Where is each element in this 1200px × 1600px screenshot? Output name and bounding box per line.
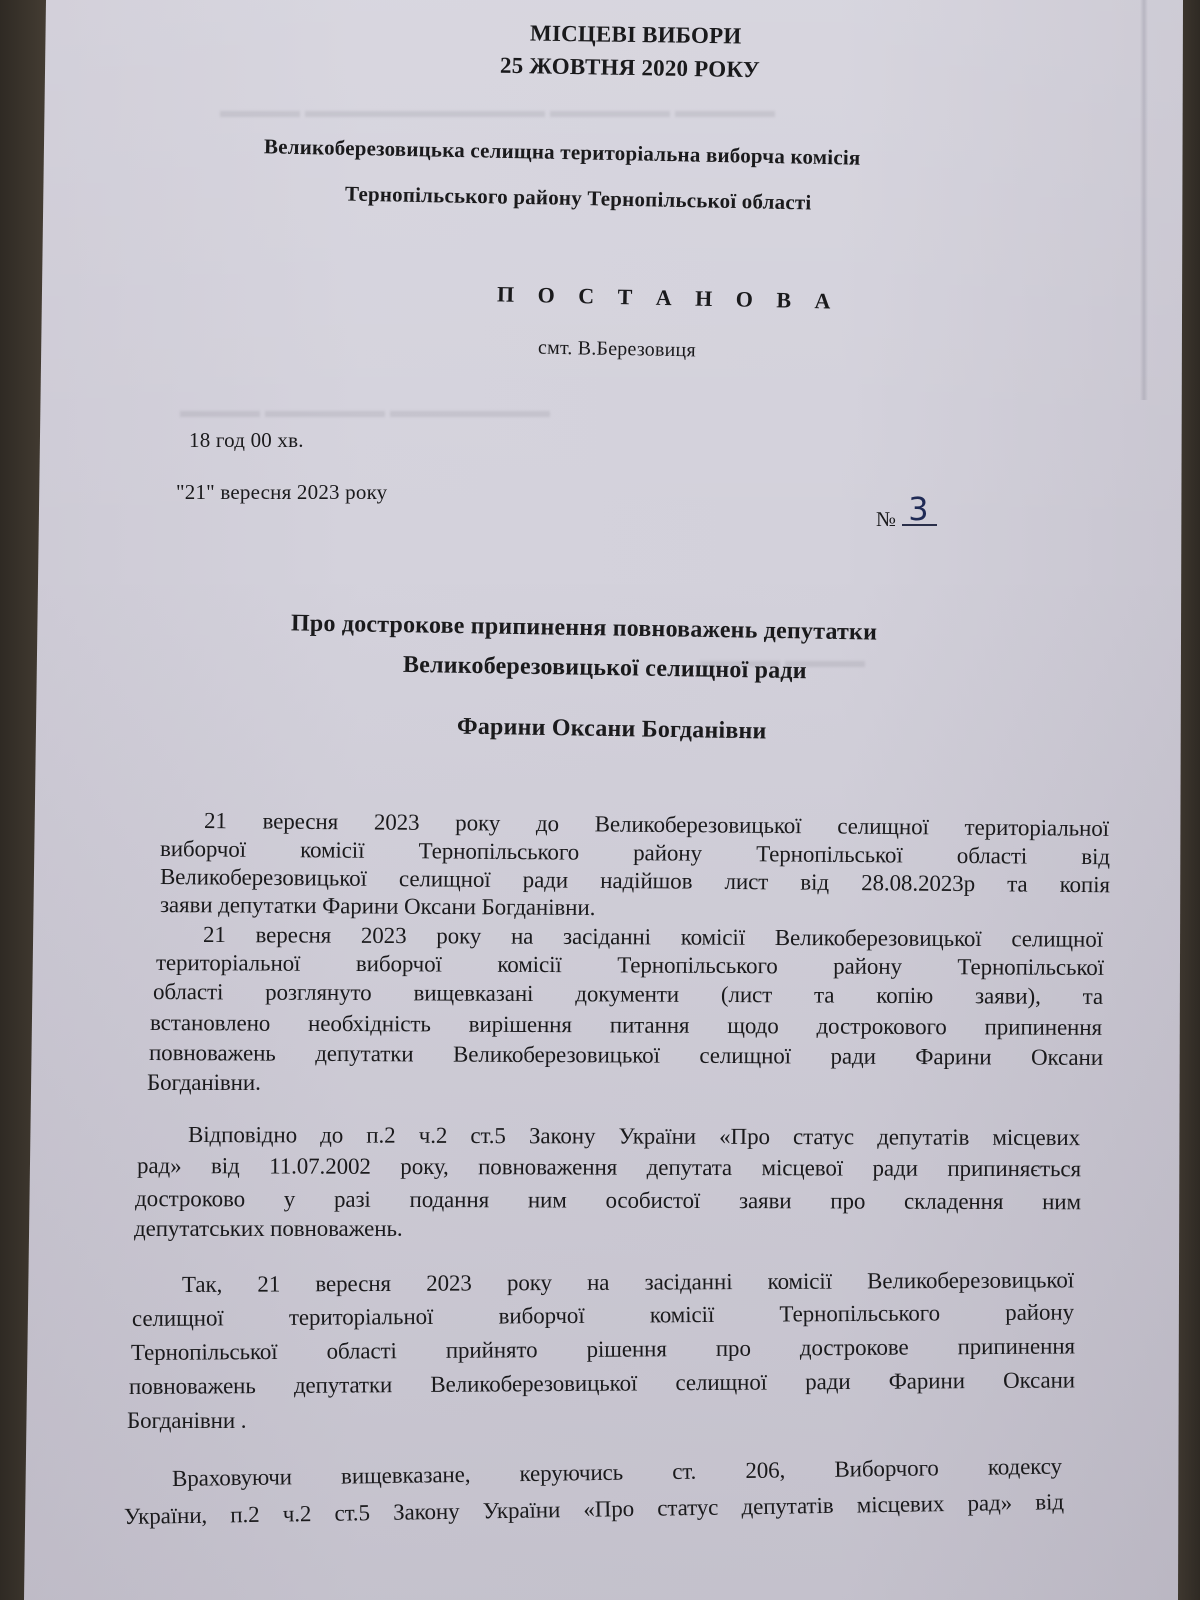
body-line: 21 вересня 2023 року на засіданні комісі… <box>203 922 1103 953</box>
body-line: достроково у разі подання ним особистої … <box>135 1186 1081 1215</box>
body-line: депутатських повноважень. <box>134 1216 403 1242</box>
title-line1: Про дострокове припинення повноважень де… <box>291 610 877 646</box>
body-line: заяви депутатки Фарини Оксани Богданівни… <box>160 892 595 921</box>
document-place: смт. В.Березовиця <box>538 337 696 363</box>
body-line: Враховуючи вищевказане, керуючись ст. 20… <box>172 1454 1062 1492</box>
handwritten-number: 3 <box>902 494 937 526</box>
body-line: повноважень депутатки Великоберезовицько… <box>149 1040 1103 1071</box>
document-type: П О С Т А Н О В А <box>497 281 840 314</box>
body-line: Відповідно до п.2 ч.2 ст.5 Закону Україн… <box>188 1122 1080 1151</box>
body-line: територіальної виборчої комісії Тернопіл… <box>156 950 1104 981</box>
document-time: 18 год 00 хв. <box>189 428 304 453</box>
body-line: області розглянуто вищевказані документи… <box>153 979 1103 1010</box>
commission-name-line2: Тернопільського району Тернопільської об… <box>345 182 812 216</box>
title-line3: Фарини Оксани Богданівни <box>457 714 767 746</box>
body-line: встановлено необхідність вирішення питан… <box>150 1010 1102 1041</box>
elections-heading: МІСЦЕВІ ВИБОРИ <box>530 21 742 50</box>
title-line2: Великоберезовицької селищної ради <box>403 652 807 685</box>
document-number: №3 <box>876 500 937 532</box>
body-line: України, п.2 ч.2 ст.5 Закону України «Пр… <box>124 1489 1064 1530</box>
body-line: Тернопільської області прийнято рішення … <box>131 1333 1075 1366</box>
body-line: селищної територіальної виборчої комісії… <box>132 1299 1074 1332</box>
body-line: рад» від 11.07.2002 року, повноваження д… <box>137 1153 1081 1182</box>
body-line: Богданівни . <box>127 1408 246 1434</box>
commission-name-line1: Великоберезовицька селищна територіальна… <box>264 134 861 170</box>
document-date: "21" вересня 2023 року <box>176 480 387 505</box>
elections-date: 25 ЖОВТНЯ 2020 РОКУ <box>500 53 760 84</box>
body-line: повноважень депутатки Великоберезовицько… <box>129 1367 1075 1400</box>
body-line: Богданівни. <box>147 1070 261 1096</box>
number-label: № <box>876 507 896 531</box>
document: МІСЦЕВІ ВИБОРИ 25 ЖОВТНЯ 2020 РОКУ Велик… <box>0 0 1200 1600</box>
body-line: Так, 21 вересня 2023 року на засіданні к… <box>182 1267 1074 1298</box>
